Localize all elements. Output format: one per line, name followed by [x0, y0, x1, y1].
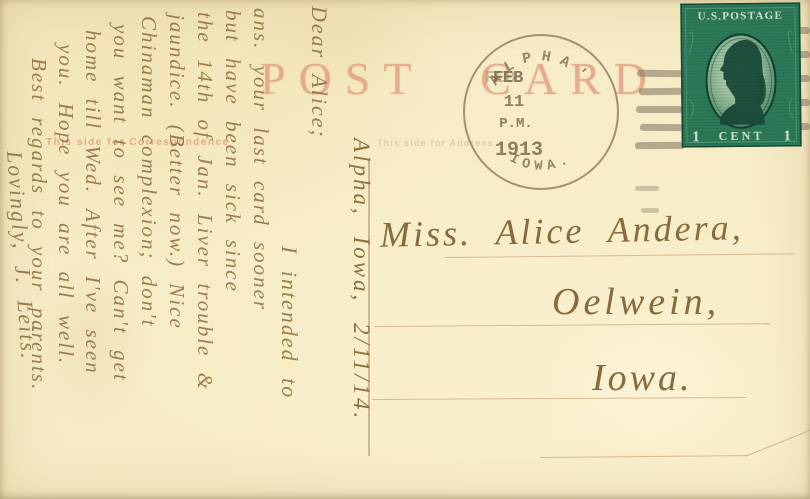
recipient-state: Iowa.	[592, 356, 693, 400]
postcard-back: POST CARD This side for Correspondence T…	[0, 0, 810, 499]
postmark-meridiem: P.M.	[499, 116, 533, 132]
address-rule	[540, 455, 748, 458]
message-line: I intended to	[276, 246, 302, 399]
postage-stamp: U.S.POSTAGE 1 CENT 1	[680, 2, 802, 152]
message-line: you want to see me? Can't get	[108, 24, 133, 382]
message-line: but have been sick since	[220, 10, 245, 293]
message-line: Dear Alice;	[306, 6, 332, 139]
message-line: jaundice. (Better now.) Nice	[164, 14, 189, 330]
message-line: ans. your last card sooner	[248, 8, 273, 311]
recipient-city: Oelwein,	[552, 280, 720, 324]
crease-line	[745, 429, 810, 457]
postmark-day: 11	[504, 93, 524, 112]
postmark-alpha-iowa: ALPHA' IOWA. FEB FEB 11 P.M. 1913	[456, 27, 626, 202]
message-line: you. Hope you are all well.	[53, 44, 78, 365]
address-rule	[445, 253, 795, 258]
postmark-month: FEB	[493, 69, 524, 88]
postmark-year: 1913	[495, 139, 543, 162]
message-line: the 14th of Jan. Liver trouble &	[192, 12, 217, 391]
cancellation-bar	[637, 70, 684, 78]
cancellation-bar	[635, 142, 685, 149]
cancellation-bar	[636, 106, 684, 113]
message-line: home till Wed. After I've seen	[80, 30, 105, 375]
cancellation-bar	[639, 88, 684, 95]
recipient-name: Miss. Alice Andera,	[380, 206, 744, 256]
cancellation-bar	[640, 124, 684, 131]
message-dateline: Alpha, Iowa, 2/11/14.	[348, 138, 374, 421]
message-line: Chinaman complexion; don't	[136, 16, 161, 328]
cancellation-bar	[635, 186, 659, 191]
